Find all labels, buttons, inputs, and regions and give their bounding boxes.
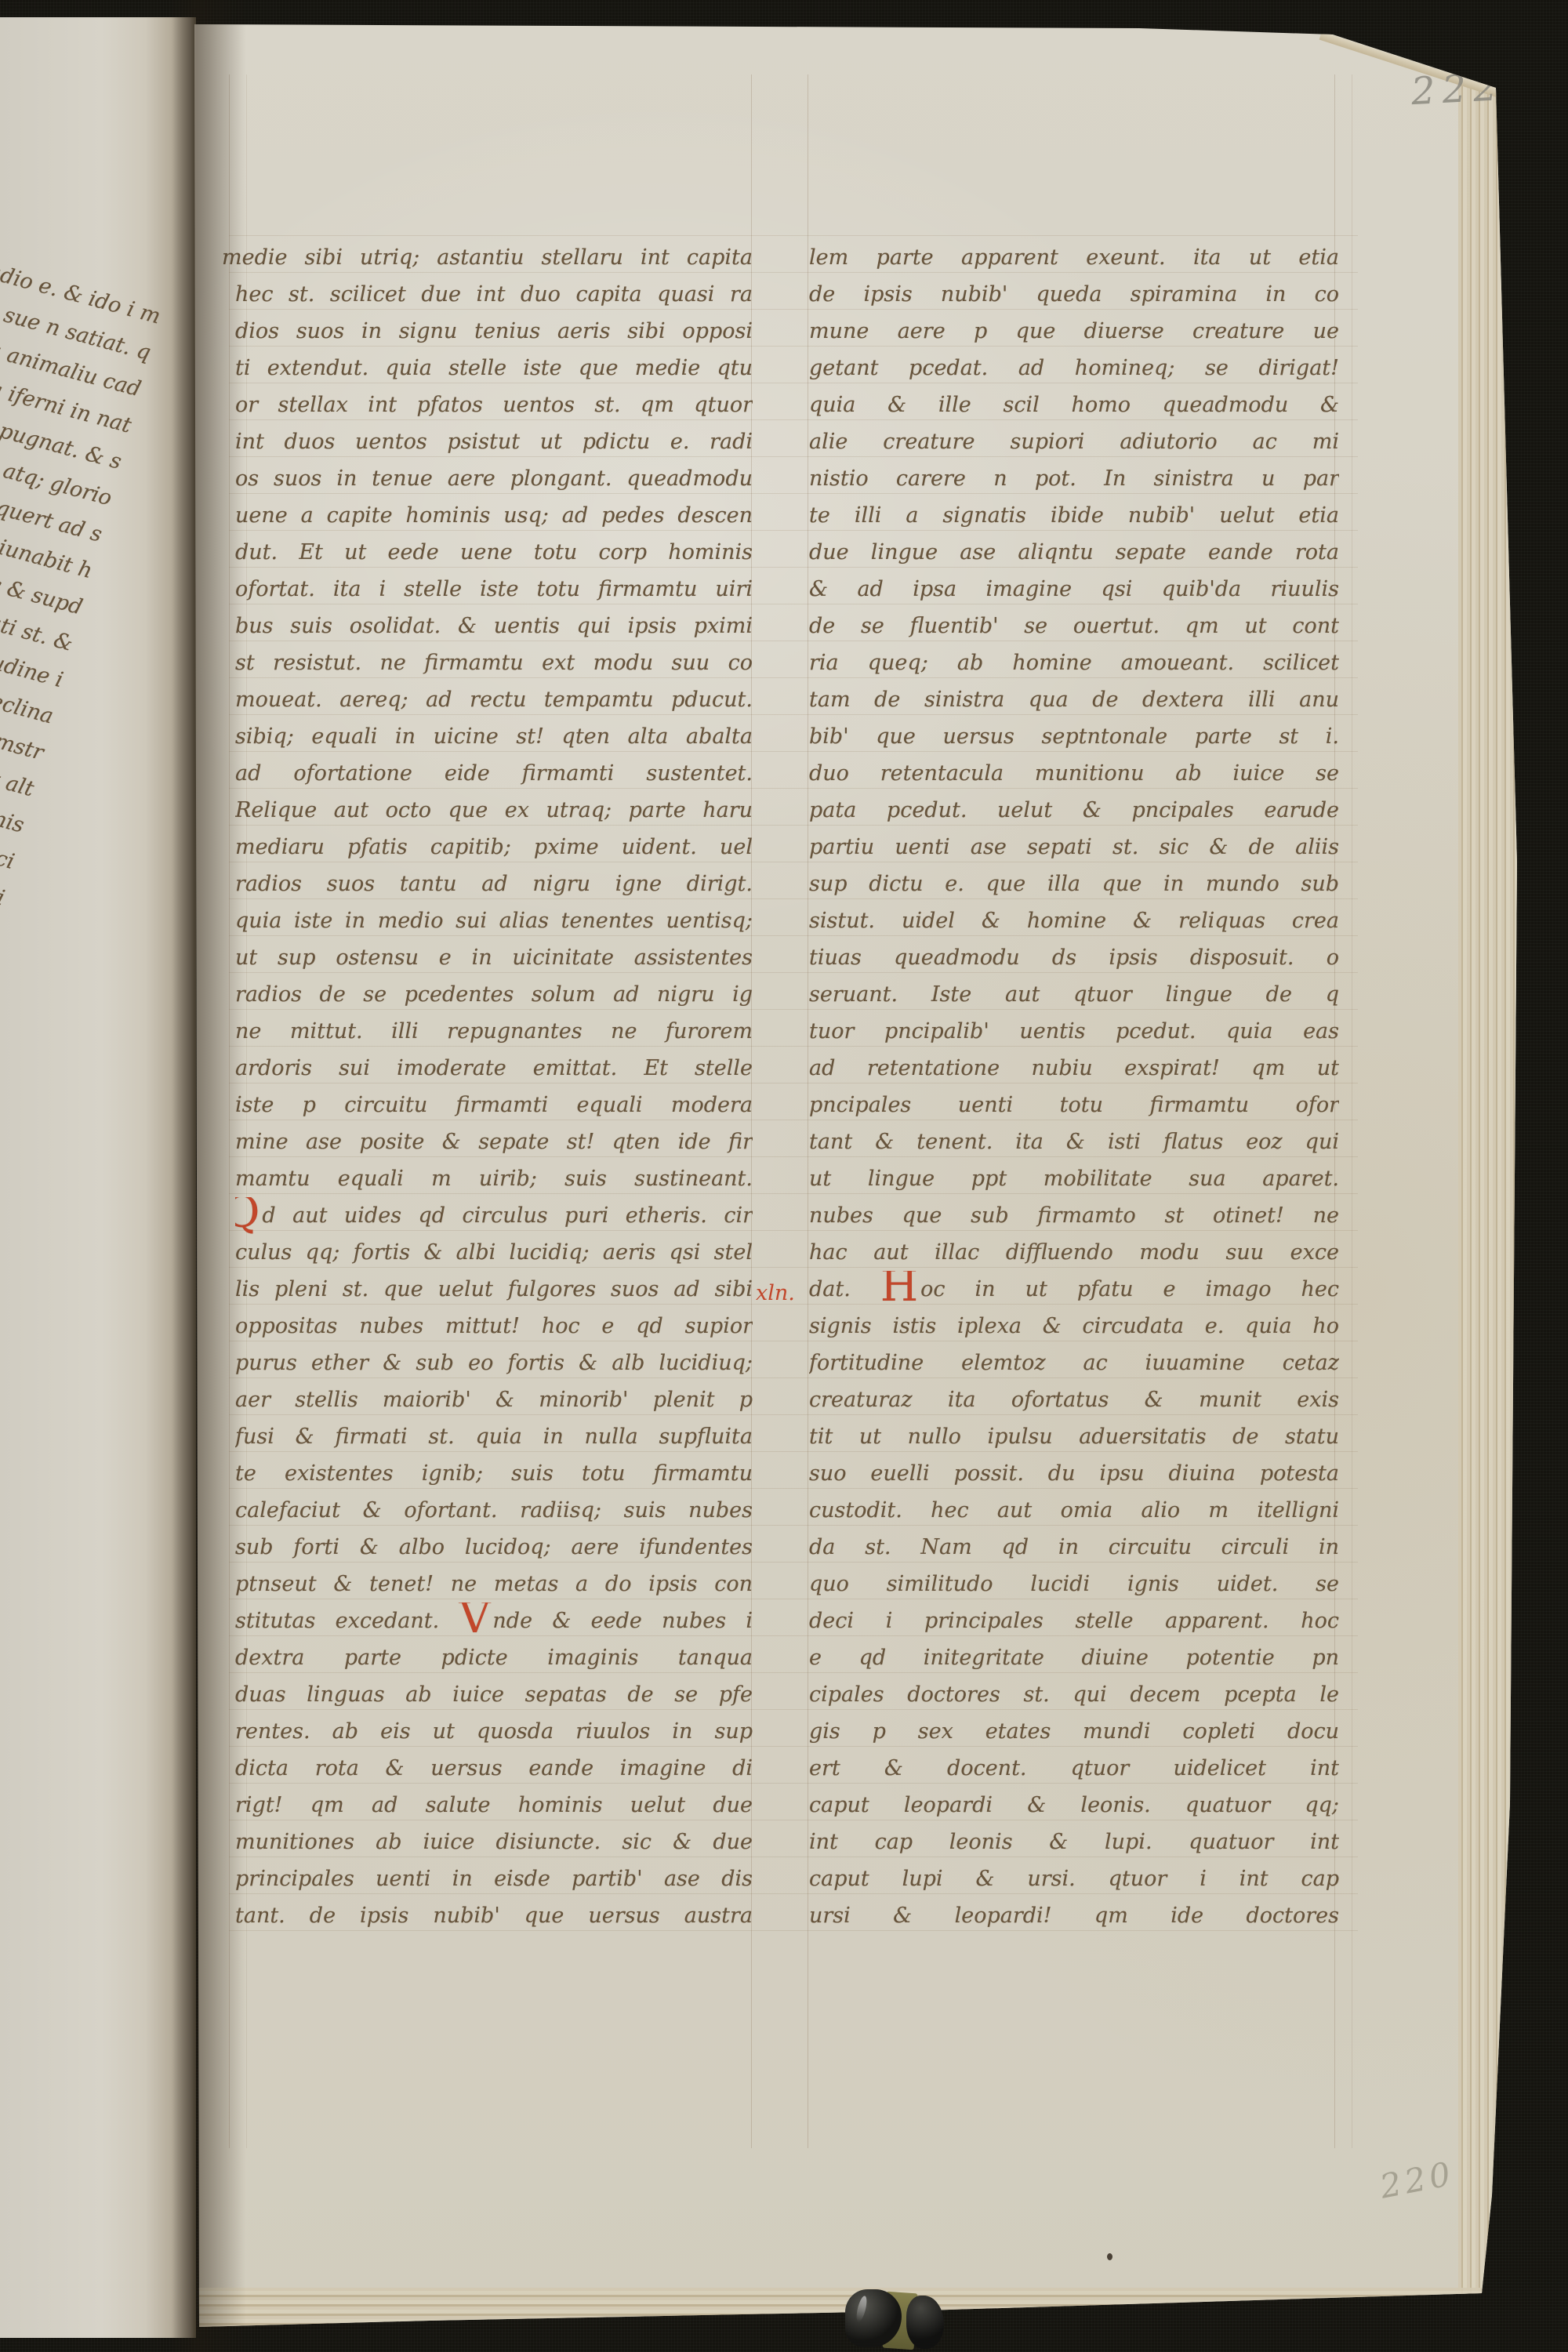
text-line: cipales doctores st. qui decem pcepta le <box>809 1676 1339 1713</box>
chapter-number-rubric: xln. <box>756 1275 795 1312</box>
text-line: os suos in tenue aere plongant. queadmod… <box>235 460 753 497</box>
text-line: lis pleni st. que uelut fulgores suos ad… <box>235 1271 753 1308</box>
text-line: alie creature supiori adiutorio ac mi <box>809 423 1339 460</box>
text-line: sup dictu e. que illa que in mundo sub <box>809 866 1339 902</box>
text-line: de se fluentib' se ouertut. qm ut cont <box>809 608 1339 644</box>
text-line: uene a capite hominis usq; ad pedes desc… <box>235 497 753 534</box>
text-line: dut. Et ut eede uene totu corp hominis <box>235 534 753 571</box>
text-line: sibiq; equali in uicine st! qten alta ab… <box>235 718 753 755</box>
text-line: ut sup ostensu e in uicinitate assistent… <box>235 939 753 976</box>
text-line: ofortat. ita i stelle iste totu firmamtu… <box>235 571 753 608</box>
text-line: e qd initegritate diuine potentie pn <box>809 1639 1339 1676</box>
text-line: dat. Hoc in ut pfatu e imago hec <box>809 1271 1339 1308</box>
text-line: ti extendut. quia stelle iste que medie … <box>235 350 753 387</box>
ruling-vertical <box>1352 74 1352 2148</box>
text-line: quia & ille scil homo queadmodu & <box>809 387 1339 423</box>
text-line: nistio carere n pot. In sinistra u par <box>809 460 1339 497</box>
text-line: pncipales uenti totu firmamtu ofor <box>809 1087 1339 1123</box>
ruling-vertical <box>229 74 230 2148</box>
text-line: dicta rota & uersus eande imagine di <box>235 1750 753 1787</box>
text-column-right: lem parte apparent exeunt. ita ut etiade… <box>809 239 1339 1934</box>
text-line: deci i principales stelle apparent. hoc <box>809 1602 1339 1639</box>
text-line: dios suos in signu tenius aeris sibi opp… <box>235 313 753 350</box>
text-line: caput lupi & ursi. qtuor i int cap <box>809 1860 1339 1897</box>
text-line: tit ut nullo ipulsu aduersitatis de stat… <box>809 1418 1339 1455</box>
text-line: tuor pncipalib' uentis pcedut. quia eas <box>809 1013 1339 1050</box>
text-line: ert & docent. qtuor uidelicet int <box>809 1750 1339 1787</box>
manuscript-photo: gaudio e. & ido i morcionis sue n satiat… <box>0 0 1568 2352</box>
text-line: ria queq; ab homine amoueant. scilicet <box>809 644 1339 681</box>
clip-hook <box>906 2296 944 2349</box>
text-line: rentes. ab eis ut quosda riuulos in sup <box>235 1713 753 1750</box>
text-line: fortitudine elemtoz ac iuuamine cetaz <box>809 1345 1339 1381</box>
ink-speck <box>1107 2253 1112 2260</box>
text-line: ptnseut & tenet! ne metas a do ipsis con <box>235 1566 753 1602</box>
manuscript-page: 222 medie sibi utriq; astantiu stellaru … <box>194 0 1521 2352</box>
text-line: munitiones ab iuice disiuncte. sic & due <box>235 1824 753 1860</box>
text-line: due lingue ase aliqntu sepate eande rota <box>809 534 1339 571</box>
text-line: caput leopardi & leonis. quatuor qq; <box>809 1787 1339 1824</box>
text-line: mune aere p que diuerse creature ue <box>809 313 1339 350</box>
text-line: tam de sinistra qua de dextera illi anu <box>809 681 1339 718</box>
text-line: duo retentacula munitionu ab iuice se <box>809 755 1339 792</box>
text-line: getant pcedat. ad homineq; se dirigat! <box>809 350 1339 387</box>
text-line: ne mittut. illi repugnantes ne furorem <box>235 1013 753 1050</box>
page-weight-clip <box>840 2289 963 2352</box>
text-line: signis istis iplexa & circudata e. quia … <box>809 1308 1339 1345</box>
text-line: or stellax int pfatos uentos st. qm qtuo… <box>235 387 753 423</box>
text-line: custodit. hec aut omia alio m itelligni <box>809 1492 1339 1529</box>
text-line: ardoris sui imoderate emittat. Et stelle <box>235 1050 753 1087</box>
text-line: iste p circuitu firmamti equali modera <box>235 1087 753 1123</box>
text-line: duas linguas ab iuice sepatas de se pfe <box>235 1676 753 1713</box>
text-line: medie sibi utriq; astantiu stellaru int … <box>222 239 753 276</box>
text-line: fusi & firmati st. quia in nulla supflui… <box>235 1418 753 1455</box>
text-line: culus qq; fortis & albi lucidiq; aeris q… <box>235 1234 753 1271</box>
text-line: sub forti & albo lucidoq; aere ifundente… <box>235 1529 753 1566</box>
text-line: quia iste in medio sui alias tenentes ue… <box>235 902 753 939</box>
text-line: ad ofortatione eide firmamti sustentet. <box>235 755 753 792</box>
text-line: purus ether & sub eo fortis & alb lucidi… <box>235 1345 753 1381</box>
text-line: rigt! qm ad salute hominis uelut due <box>235 1787 753 1824</box>
text-line: bus suis osolidat. & uentis qui ipsis px… <box>235 608 753 644</box>
text-line: stitutas excedant. Vnde & eede nubes i <box>235 1602 753 1639</box>
text-line: pata pcedut. uelut & pncipales earude <box>809 792 1339 829</box>
text-line: int duos uentos psistut ut pdictu e. rad… <box>235 423 753 460</box>
text-line: Qd aut uides qd circulus puri etheris. c… <box>235 1197 753 1234</box>
text-line: int cap leonis & lupi. quatuor int <box>809 1824 1339 1860</box>
text-line: tiuas queadmodu ds ipsis disposuit. o <box>809 939 1339 976</box>
text-line: tant & tenent. ita & isti flatus eoz qui <box>809 1123 1339 1160</box>
text-line: de ipsis nubib' queda spiramina in co <box>809 276 1339 313</box>
text-line: lem parte apparent exeunt. ita ut etia <box>809 239 1339 276</box>
text-line: sistut. uidel & homine & reliquas crea <box>809 902 1339 939</box>
text-line: ad retentatione nubiu exspirat! qm ut <box>809 1050 1339 1087</box>
text-line: radios de se pcedentes solum ad nigru ig <box>235 976 753 1013</box>
text-line: nubes que sub firmamto st otinet! ne <box>809 1197 1339 1234</box>
text-line: mamtu equali m uirib; suis sustineant. <box>235 1160 753 1197</box>
rubric-initial: H <box>880 1271 918 1308</box>
page-edges-right <box>1458 75 1521 2305</box>
text-line: mediaru pfatis capitib; pxime uident. ue… <box>235 829 753 866</box>
text-line: seruant. Iste aut qtuor lingue de q <box>809 976 1339 1013</box>
text-line: creaturaz ita ofortatus & munit exis <box>809 1381 1339 1418</box>
text-line: & ad ipsa imagine qsi quib'da riuulis <box>809 571 1339 608</box>
text-line: aer stellis maiorib' & minorib' plenit p <box>235 1381 753 1418</box>
text-line: suo euelli possit. du ipsu diuina potest… <box>809 1455 1339 1492</box>
text-line: ursi & leopardi! qm ide doctores <box>809 1897 1339 1934</box>
text-line: calefaciut & ofortant. radiisq; suis nub… <box>235 1492 753 1529</box>
text-line: moueat. aereq; ad rectu tempamtu pducut. <box>235 681 753 718</box>
folio-number-pencil-bottom: 220 <box>1377 2154 1457 2205</box>
folio-number-pencil: 222 <box>1410 65 1505 114</box>
facing-page-text: gaudio e. & ido i morcionis sue n satiat… <box>0 143 165 1972</box>
text-line: gis p sex etates mundi copleti docu <box>809 1713 1339 1750</box>
text-line: principales uenti in eisde partib' ase d… <box>235 1860 753 1897</box>
text-line: tant. de ipsis nubib' que uersus austra <box>235 1897 753 1934</box>
text-line: dextra parte pdicte imaginis tanqua <box>235 1639 753 1676</box>
text-line: partiu uenti ase sepati st. sic & de ali… <box>809 829 1339 866</box>
rubric-initial: V <box>459 1602 490 1639</box>
text-line: hec st. scilicet due int duo capita quas… <box>235 276 753 313</box>
text-line: quo similitudo lucidi ignis uidet. se <box>809 1566 1339 1602</box>
text-line: bib' que uersus septntonale parte st i. <box>809 718 1339 755</box>
text-line: ut lingue ppt mobilitate sua aparet. <box>809 1160 1339 1197</box>
facing-page: gaudio e. & ido i morcionis sue n satiat… <box>0 17 196 2338</box>
text-line: Relique aut octo que ex utraq; parte har… <box>235 792 753 829</box>
ruling-vertical <box>808 74 808 2148</box>
text-line: radios suos tantu ad nigru igne dirigt. <box>235 866 753 902</box>
text-column-left: medie sibi utriq; astantiu stellaru int … <box>235 239 753 1934</box>
text-line: da st. Nam qd in circuitu circuli in <box>809 1529 1339 1566</box>
text-line: te existentes ignib; suis totu firmamtu <box>235 1455 753 1492</box>
text-line: st resistut. ne firmamtu ext modu suu co <box>235 644 753 681</box>
text-line: oppositas nubes mittut! hoc e qd supior <box>235 1308 753 1345</box>
text-line: hac aut illac diffluendo modu suu exce <box>809 1234 1339 1271</box>
text-line: mine ase posite & sepate st! qten ide fi… <box>235 1123 753 1160</box>
rubric-initial: Q <box>235 1197 260 1234</box>
text-line: te illi a signatis ibide nubib' uelut et… <box>809 497 1339 534</box>
